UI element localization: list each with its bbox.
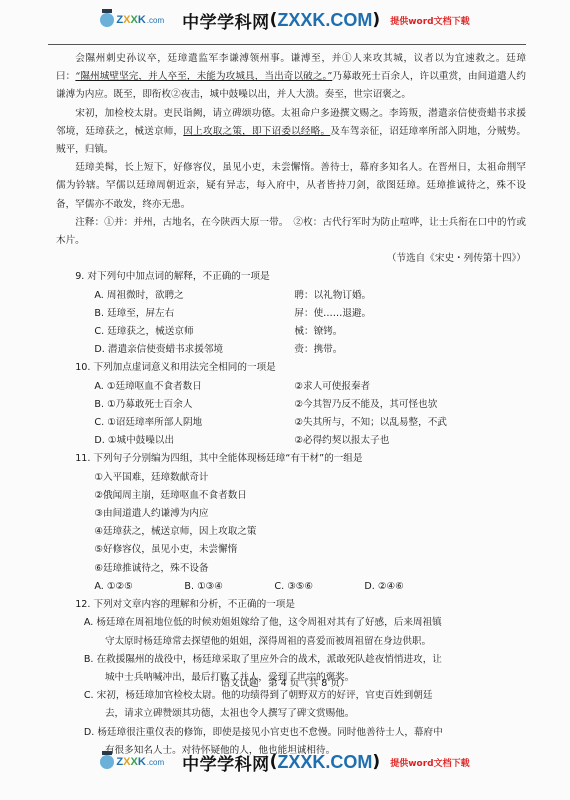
site-name: 中学学科网 — [182, 750, 270, 775]
question-10: 10. 下列加点虚词意义和用法完全相同的一项是 A. ①廷璋呕血不食者数日②求人… — [56, 359, 526, 450]
site-slogan: 提供word文档下载 — [390, 14, 469, 27]
option-d: D. 潜遣亲信使赍蜡书求援邻境赍：携带。 — [56, 341, 526, 359]
site-domain: ZXXK.COM — [277, 752, 372, 773]
passage-source: （节选自《宋史・列传第十四》） — [56, 250, 526, 268]
paren-close: ) — [372, 752, 380, 772]
question-stem: 11. 下列句子分别编为四组，其中全能体现杨廷璋“有干材”的一组是 — [56, 450, 526, 468]
paren-open: ( — [270, 752, 278, 772]
header-divider — [48, 44, 526, 45]
question-9: 9. 对下列句中加点词的解释，不正确的一项是 A. 周祖微时，欲聘之聘：以礼物订… — [56, 268, 526, 359]
answer-choices: A. ①②⑤ B. ①③④ C. ③⑤⑥ D. ②④⑥ — [56, 578, 526, 596]
mascot-icon — [100, 755, 114, 769]
option-b: B. 廷璋至，屏左右屏：使……退避。 — [56, 305, 526, 323]
question-stem: 9. 对下列句中加点词的解释，不正确的一项是 — [56, 268, 526, 286]
passage-paragraph-1: 会隰州刺史孙议卒，廷璋遣监军李谦溥领州事。谦溥至，并①人来攻其城，议者以为宜速救… — [56, 50, 526, 105]
choice-b: B. ①③④ — [184, 578, 274, 596]
page-footer: 语文试题 第 4 页（共 8 页） — [0, 675, 570, 689]
passage-notes: 注释：①并：并州，古地名，在今陕西大原一带。 ②枚：古代行军时为防止喧哗，让士兵… — [56, 214, 526, 250]
sentence-item-6: ⑥廷璋推诚待之，殊不设备 — [56, 560, 526, 578]
option-d: D. ①城中鼓噪以出②必得约契以报太子也 — [56, 432, 526, 450]
logo-text: ZXXK — [116, 14, 145, 26]
paren-open: ( — [270, 10, 278, 30]
question-stem: 12. 下列对文章内容的理解和分析，不正确的一项是 — [56, 596, 526, 614]
option-a: A. 周祖微时，欲聘之聘：以礼物订婚。 — [56, 287, 526, 305]
question-stem: 10. 下列加点虚词意义和用法完全相同的一项是 — [56, 359, 526, 377]
option-c: C. 宋初，杨廷璋加官检校太尉。他的功绩得到了朝野双方的好评，官吏百姓到朝廷去，… — [56, 687, 526, 723]
zxxk-logo: ZXXK .com — [100, 755, 164, 769]
zxxk-logo: ZXXK .com — [100, 13, 164, 27]
passage-paragraph-2: 宋初，加检校太尉。吏民诣阙，请立碑颂功德。太祖命户多逊撰文赐之。李筠叛，潜遣亲信… — [56, 105, 526, 160]
sentence-item-5: ⑤好修容仪，虽见小吏，未尝懈惰 — [56, 541, 526, 559]
footer-banner: ZXXK .com 中学学科网 ( ZXXK.COM ) 提供word文档下载 — [0, 750, 570, 774]
option-a: A. 杨廷璋在周祖地位低的时候劝姐姐嫁给了他，这令周祖对其有了好感，后来周祖镇守… — [56, 614, 526, 650]
exam-page: 会隰州刺史孙议卒，廷璋遣监军李谦溥领州事。谦溥至，并①人来攻其城，议者以为宜速救… — [56, 50, 526, 760]
sentence-item-1: ①入平国难，廷璋数献奇计 — [56, 469, 526, 487]
header-banner: ZXXK .com 中学学科网 ( ZXXK.COM ) 提供word文档下载 — [0, 8, 570, 32]
option-b: B. ①乃募敢死士百余人②今其智乃反不能及，其可怪也欤 — [56, 396, 526, 414]
choice-c: C. ③⑤⑥ — [274, 578, 364, 596]
mascot-icon — [100, 13, 114, 27]
paren-close: ) — [372, 10, 380, 30]
option-c: C. 廷璋获之，械送京师械：镣铐。 — [56, 323, 526, 341]
logo-suffix: .com — [147, 16, 164, 25]
site-name: 中学学科网 — [182, 8, 270, 33]
site-domain: ZXXK.COM — [277, 10, 372, 31]
logo-suffix: .com — [147, 758, 164, 767]
choice-a: A. ①②⑤ — [94, 578, 184, 596]
underlined-sentence: 因上攻取之策，即下诏委以经略。 — [183, 126, 330, 137]
passage-paragraph-3: 廷璋美髯，长上短下，好修容仪，虽见小吏，未尝懈惰。善待士，幕府多知名人。在晋州日… — [56, 159, 526, 214]
question-11: 11. 下列句子分别编为四组，其中全能体现杨廷璋“有干材”的一组是 ①入平国难，… — [56, 450, 526, 596]
option-c: C. ①诏廷璋率所部人阴地②失其所与，不知；以乱易整，不武 — [56, 414, 526, 432]
choice-d: D. ②④⑥ — [364, 578, 454, 596]
underlined-sentence: “隰州城壁坚完，并人卒至，未能为攻城具，当出奇以破之。” — [75, 71, 332, 82]
sentence-item-3: ③由间道遣人约谦溥为内应 — [56, 505, 526, 523]
logo-text: ZXXK — [116, 756, 145, 768]
sentence-item-4: ④廷璋获之，械送京师，因上攻取之策 — [56, 523, 526, 541]
site-slogan: 提供word文档下载 — [390, 756, 469, 769]
option-a: A. ①廷璋呕血不食者数日②求人可使报秦者 — [56, 378, 526, 396]
sentence-item-2: ②俄闻周主崩，廷璋呕血不食者数日 — [56, 487, 526, 505]
